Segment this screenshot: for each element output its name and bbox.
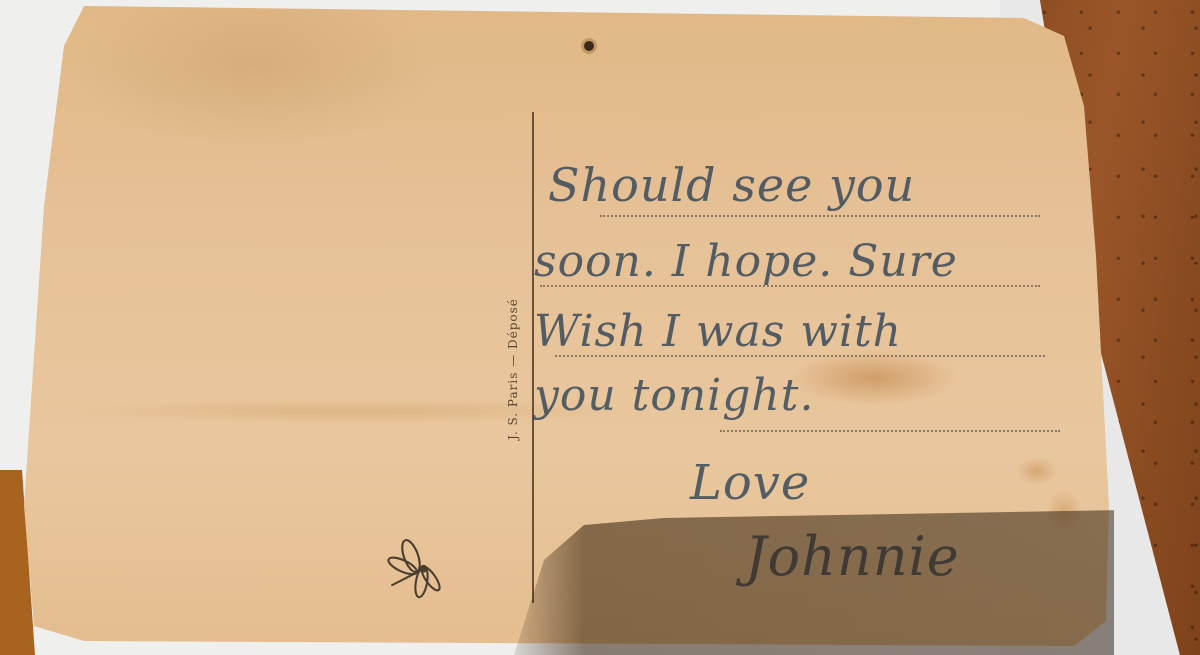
message-line-1: Should see you (548, 158, 915, 212)
signature: Johnnie (745, 525, 960, 588)
postcard-divider-line (532, 112, 534, 603)
address-line-1 (600, 215, 1040, 217)
closing-text: Love (690, 455, 810, 511)
message-line-4: you tonight. (534, 370, 814, 421)
pin-hole (584, 41, 594, 51)
publisher-mark: J. S. Paris — Déposé (506, 298, 520, 440)
dragonfly-icon (383, 533, 453, 603)
message-line-3: Wish I was with (534, 306, 902, 357)
message-line-2: soon. I hope. Sure (534, 236, 958, 287)
address-line-4 (720, 430, 1060, 432)
